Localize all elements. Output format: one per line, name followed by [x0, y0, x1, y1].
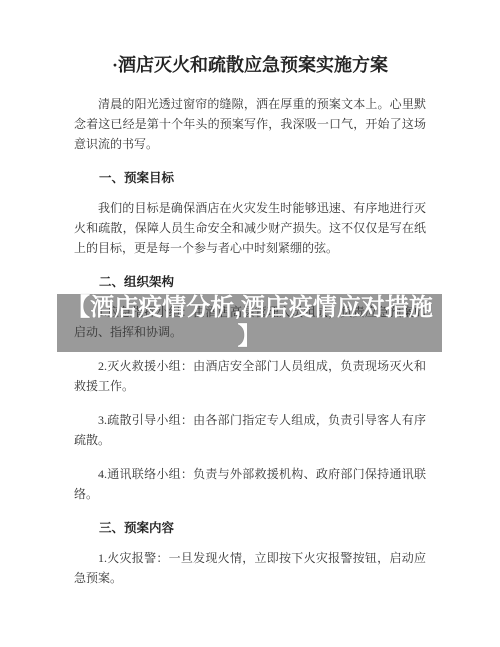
watermark-caption: 【酒店疫情分析,酒店疫情应对措施 】: [57, 293, 442, 351]
section-2-item-2: 2.灭火救援小组：由酒店安全部门人员组成，负责现场灭火和救援工作。: [74, 356, 426, 396]
section-3-heading: 三、预案内容: [74, 518, 426, 538]
watermark-caption-line-1: 【酒店疫情分析,酒店疫情应对措施: [57, 293, 442, 322]
section-2-item-4: 4.通讯联络小组：负责与外部救援机构、政府部门保持通讯联络。: [74, 464, 426, 504]
document-title: ·酒店灭火和疏散应急预案实施方案: [74, 52, 426, 78]
section-1-paragraph: 我们的目标是确保酒店在火灾发生时能够迅速、有序地进行灭火和疏散，保障人员生命安全…: [74, 198, 426, 258]
section-2-heading: 二、组织架构: [74, 272, 426, 292]
section-3-paragraph: 1.火灾报警：一旦发现火情，立即按下火灾报警按钮，启动应急预案。: [74, 548, 426, 588]
watermark-caption-line-2: 】: [57, 322, 442, 351]
section-2-item-3: 3.疏散引导小组：由各部门指定专人组成，负责引导客人有序疏散。: [74, 410, 426, 450]
document-page: ·酒店灭火和疏散应急预案实施方案 清晨的阳光透过窗帘的缝隙，洒在厚重的预案文本上…: [0, 0, 500, 647]
section-1-heading: 一、预案目标: [74, 168, 426, 188]
intro-paragraph: 清晨的阳光透过窗帘的缝隙，洒在厚重的预案文本上。心里默念着这已经是第十个年头的预…: [74, 94, 426, 154]
